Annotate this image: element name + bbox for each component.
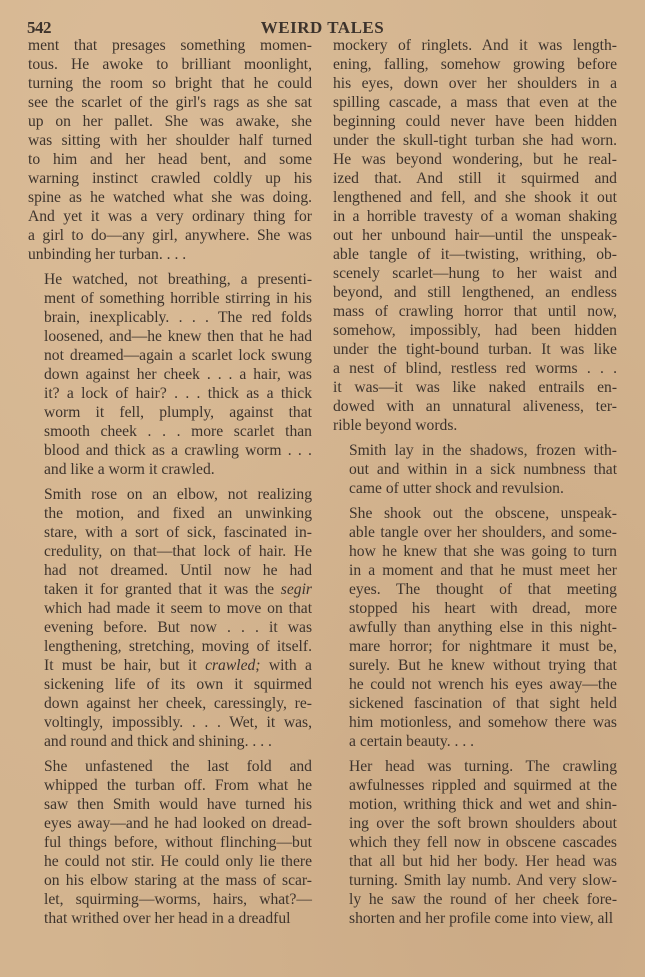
text-line: was sitting with her shoulder half turne… [28, 131, 312, 150]
text-line: beginning could never have been hidden [333, 112, 617, 131]
text-line: out her unbound hair—until the unspeak- [333, 226, 617, 245]
text-line: had not dreamed. Until now he had [28, 561, 312, 580]
text-line: on his elbow staring at the mass of scar… [28, 871, 312, 890]
text-line: up on her pallet. She was awake, she [28, 112, 312, 131]
text-line: brain, inexplicably. . . . The red folds [28, 308, 312, 327]
text-line: loosened, and—he knew then that he had [28, 327, 312, 346]
text-line: smooth cheek . . . more scarlet than [28, 422, 312, 441]
text-line: and like a worm it crawled. [28, 460, 312, 479]
paragraph: Smith rose on an elbow, not realizingthe… [28, 485, 312, 751]
text-line: out and within in a sick numbness that [333, 460, 617, 479]
text-line: ening, falling, somehow growing before [333, 55, 617, 74]
text-line: able tangle over her shoulders, and some… [333, 523, 617, 542]
text-line: surely. But he knew without trying that [333, 656, 617, 675]
text-line: stare, with a sort of sick, fascinated i… [28, 523, 312, 542]
text-line: voltingly, impossibly. . . . Wet, it was… [28, 713, 312, 732]
text-line: it was—it was like naked entrails en- [333, 378, 617, 397]
paragraph: ment that presages something momen-tous.… [28, 36, 312, 264]
text-line: spilling cascade, a mass that even at th… [333, 93, 617, 112]
text-line: unbinding her turban. . . . [28, 245, 312, 264]
running-head: WEIRD TALES [0, 18, 645, 38]
text-line: he could not wrench his eyes away—the [333, 675, 617, 694]
text-line: him motionless, and somehow there was [333, 713, 617, 732]
text-line: stopped his heart with dread, more [333, 599, 617, 618]
text-line: motion, writhing thick and wet and shin- [333, 795, 617, 814]
text-line: see the scarlet of the girl's rags as sh… [28, 93, 312, 112]
text-line: eyes. The thought of that meeting [333, 580, 617, 599]
text-line: evening before. But now . . . it was [28, 618, 312, 637]
text-line: in a horrible travesty of a woman shakin… [333, 207, 617, 226]
text-line: under the tight-bound turban. It was lik… [333, 340, 617, 359]
text-line: Smith rose on an elbow, not realizing [28, 485, 312, 504]
text-line: it? a lock of hair? . . . thick as a thi… [28, 384, 312, 403]
paragraph: She unfastened the last fold andwhipped … [28, 757, 312, 928]
text-line: sickened fascination of that sight held [333, 694, 617, 713]
text-line: mass of crawling horror that until now, [333, 302, 617, 321]
paragraph: He watched, not breathing, a presenti-me… [28, 270, 312, 479]
text-line: the motion, and fixed an unwinking [28, 504, 312, 523]
right-column: mockery of ringlets. And it was length-e… [333, 36, 617, 934]
text-line: somehow, impossibly, had been hidden [333, 321, 617, 340]
text-line: sickening life of its own it squirmed [28, 675, 312, 694]
text-line: spine as he watched what she was doing. [28, 188, 312, 207]
text-line: whipped the turban off. From what he [28, 776, 312, 795]
text-line: She shook out the obscene, unspeak- [333, 504, 617, 523]
text-line: lengthened and fell, and she shook it ou… [333, 188, 617, 207]
text-line: down against her cheek, caressingly, re- [28, 694, 312, 713]
text-line: She unfastened the last fold and [28, 757, 312, 776]
text-line: came of utter shock and revulsion. [333, 479, 617, 498]
text-line: able tangle of it—twisting, writhing, ob… [333, 245, 617, 264]
text-line: warning instinct crawled coldly up his [28, 169, 312, 188]
text-line: ing over the soft brown shoulders about [333, 814, 617, 833]
text-line: his eyes, down over her shoulders in a [333, 74, 617, 93]
text-line: He watched, not breathing, a presenti- [28, 270, 312, 289]
text-line: which they fell now in obscene cascades [333, 833, 617, 852]
text-line: saw then Smith would have turned his [28, 795, 312, 814]
text-line: to him and her head bent, and some [28, 150, 312, 169]
text-line: turning. Smith lay numb. And very slow- [333, 871, 617, 890]
text-line: lengthening, stretching, moving of itsel… [28, 637, 312, 656]
paragraph: Smith lay in the shadows, frozen with-ou… [333, 441, 617, 498]
text-line: mare horror; for nightmare it must be, [333, 637, 617, 656]
text-line: rible beyond words. [333, 416, 617, 435]
text-line: And yet it was a very ordinary thing for [28, 207, 312, 226]
text-line: under the skull-tight turban she had wor… [333, 131, 617, 150]
text-line: worm it fell, plumply, against that [28, 403, 312, 422]
text-line: beyond, and still lengthened, an endless [333, 283, 617, 302]
text-line: credulity, on that—that lock of hair. He [28, 542, 312, 561]
text-line: He was beyond wondering, but he real- [333, 150, 617, 169]
text-line: a girl to do—any girl, anywhere. She was [28, 226, 312, 245]
paragraph: She shook out the obscene, unspeak-able … [333, 504, 617, 751]
paragraph: mockery of ringlets. And it was length-e… [333, 36, 617, 435]
text-line: ment of something horrible stirring in h… [28, 289, 312, 308]
text-line: eyes away—and he had looked on dread- [28, 814, 312, 833]
text-line: shorten and her profile come into view, … [333, 909, 617, 928]
text-line: a nest of blind, restless red worms . . … [333, 359, 617, 378]
paragraph: Her head was turning. The crawlingawfuln… [333, 757, 617, 928]
text-line: tous. He awoke to brilliant moonlight, [28, 55, 312, 74]
text-line: scenely scarlet—hung to her waist and [333, 264, 617, 283]
text-line: ment that presages something momen- [28, 36, 312, 55]
text-line: It must be hair, but it crawled; with a [28, 656, 312, 675]
left-column: ment that presages something momen-tous.… [28, 36, 312, 934]
text-line: awfully than anything else in this night… [333, 618, 617, 637]
text-line: that all but hid her body. Her head was [333, 852, 617, 871]
text-line: not dreamed—again a scarlet lock swung [28, 346, 312, 365]
text-line: mockery of ringlets. And it was length- [333, 36, 617, 55]
text-line: taken it for granted that it was the seg… [28, 580, 312, 599]
text-line: turning the room so bright that he could [28, 74, 312, 93]
text-line: ly he saw the round of her cheek fore- [333, 890, 617, 909]
text-line: down against her cheek . . . a hair, was [28, 365, 312, 384]
text-line: which had made it seem to move on that [28, 599, 312, 618]
text-line: Smith lay in the shadows, frozen with- [333, 441, 617, 460]
text-line: ized that. And still it squirmed and [333, 169, 617, 188]
text-line: a certain beauty. . . . [333, 732, 617, 751]
text-line: let, squirming—worms, hairs, what?— [28, 890, 312, 909]
text-line: and round and thick and shining. . . . [28, 732, 312, 751]
text-line: blood and thick as a crawling worm . . . [28, 441, 312, 460]
text-line: ful things before, without flinching—but [28, 833, 312, 852]
text-line: dowed with an unnatural aliveness, ter- [333, 397, 617, 416]
text-line: in a moment and that he must meet her [333, 561, 617, 580]
text-line: Her head was turning. The crawling [333, 757, 617, 776]
text-line: how he knew that she was going to turn [333, 542, 617, 561]
text-line: that writhed over her head in a dreadful [28, 909, 312, 928]
text-line: awfulnesses rippled and squirmed at the [333, 776, 617, 795]
text-line: he could not stir. He could only lie the… [28, 852, 312, 871]
